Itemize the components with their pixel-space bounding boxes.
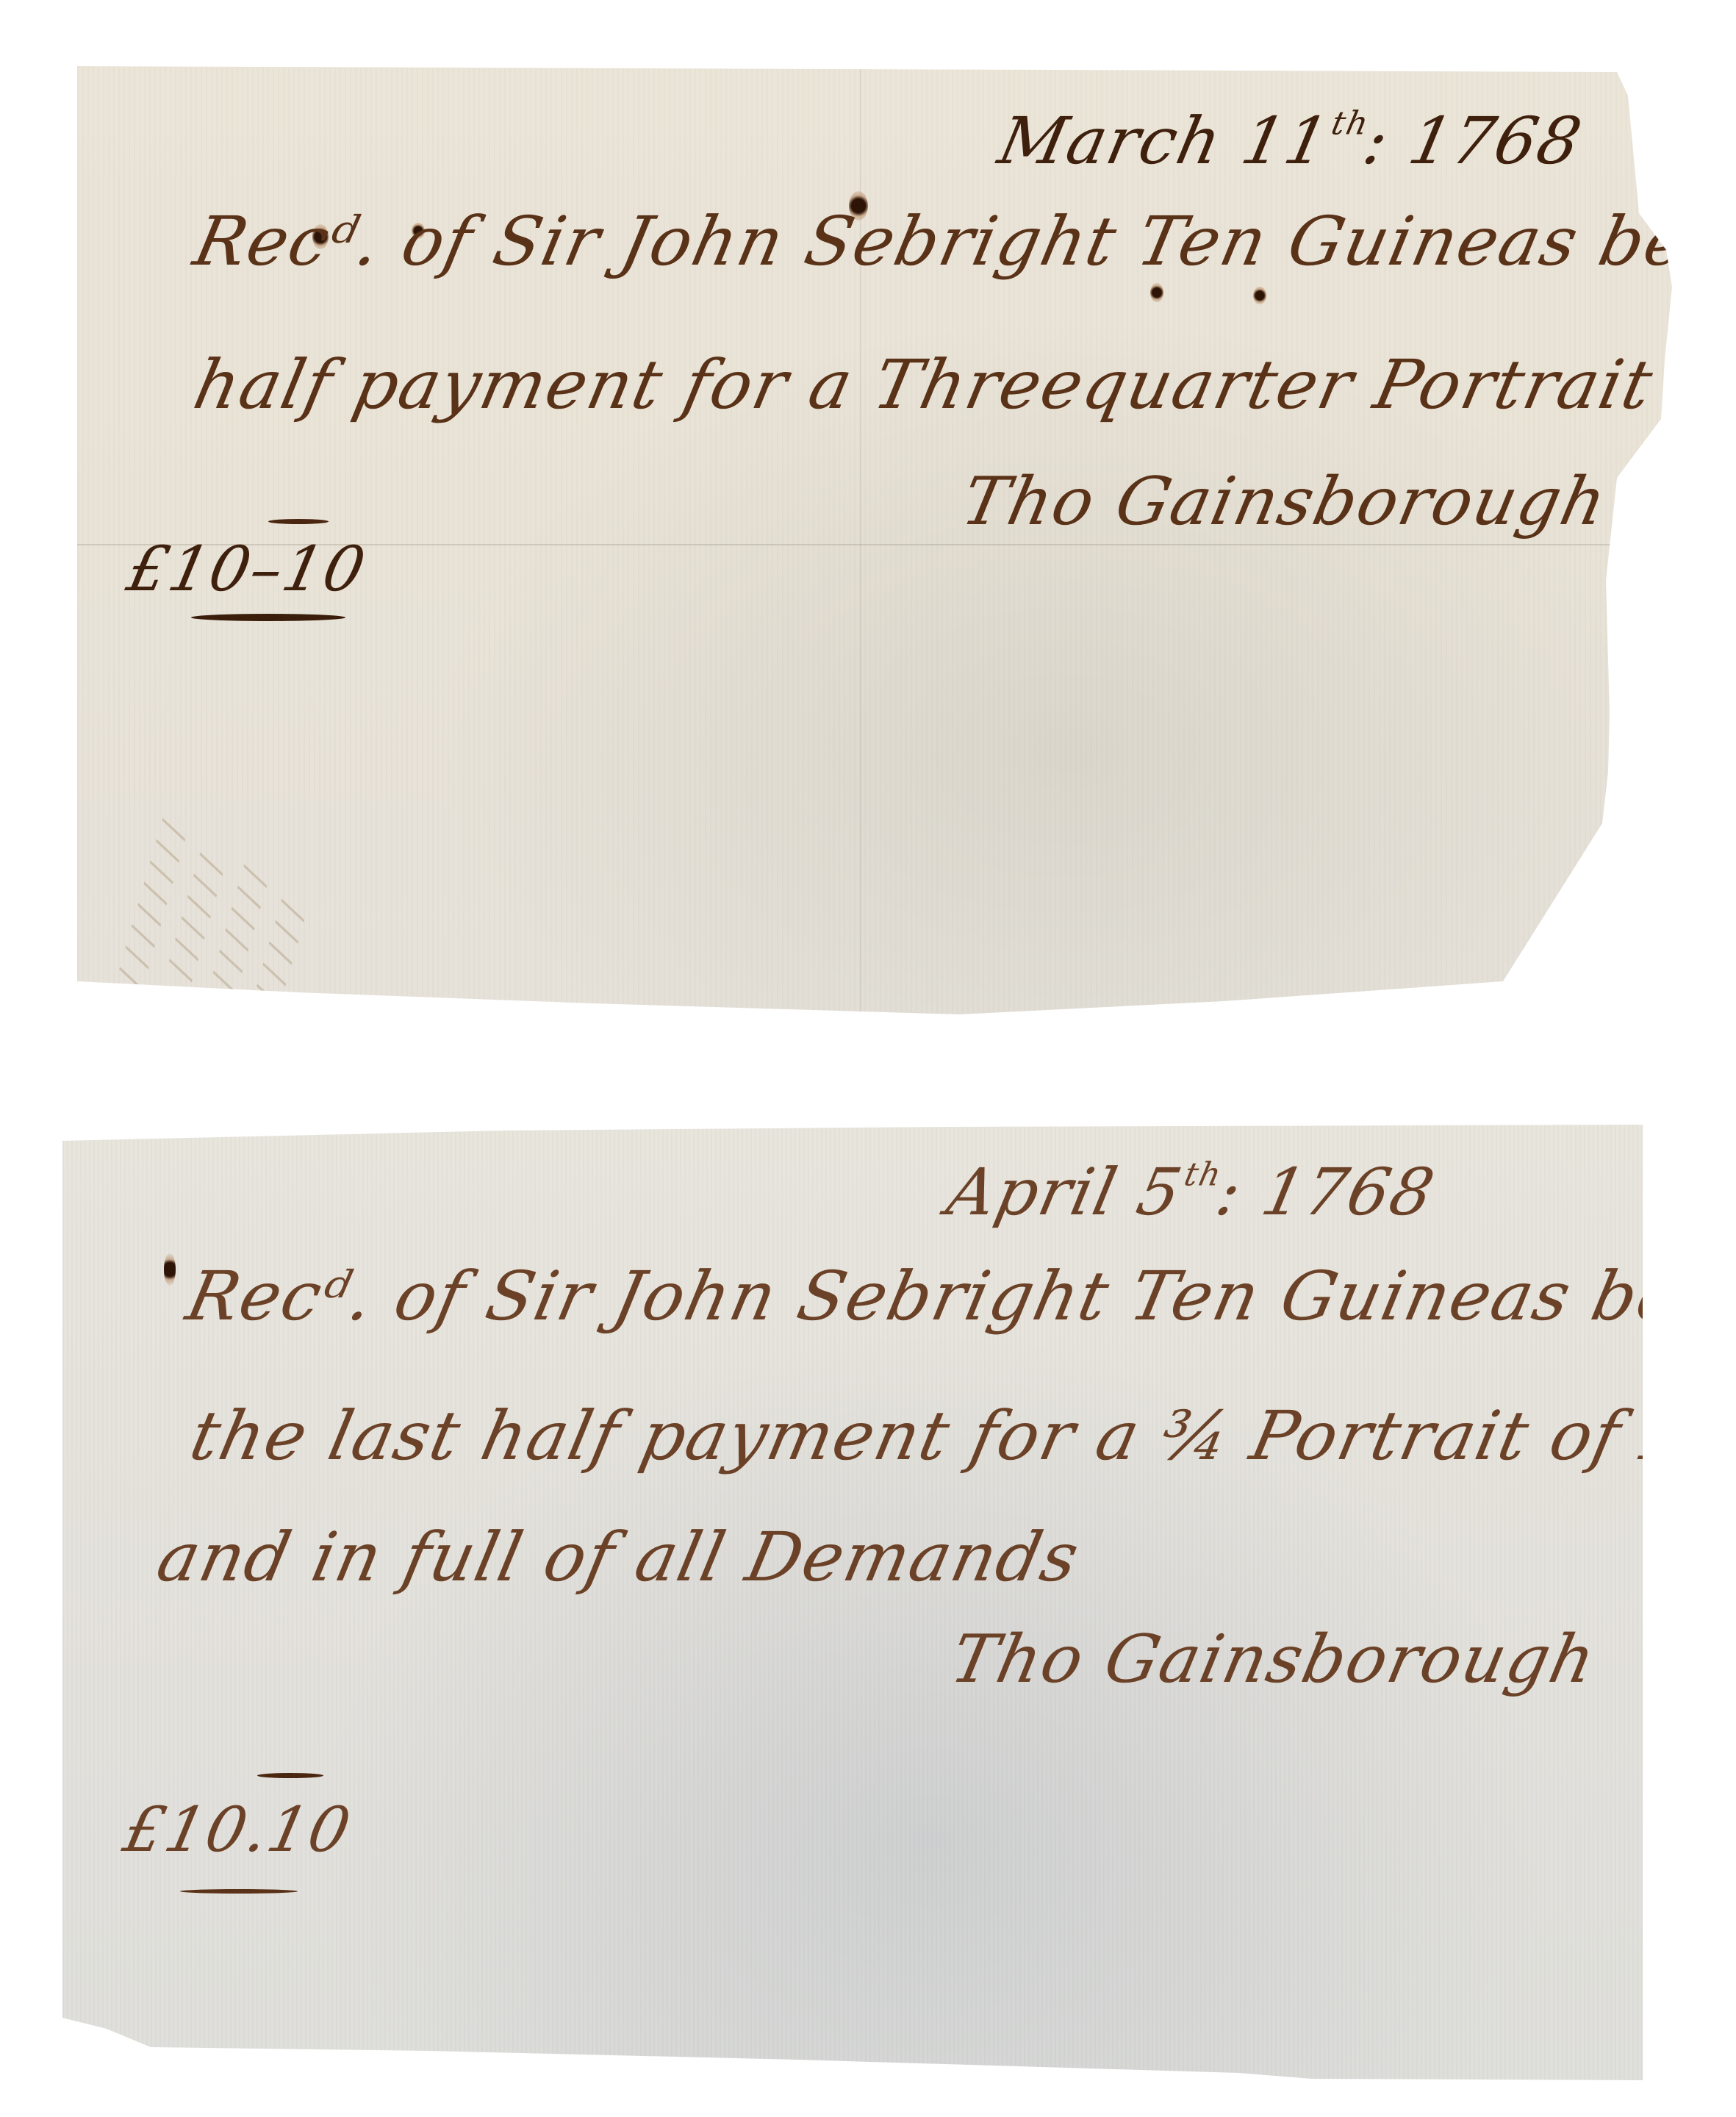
receipt-amount: £10.10: [118, 1794, 358, 1866]
receipt-body-line: Recᵈ. of Sir John Sebright Ten Guineas b…: [187, 202, 1736, 281]
show-through-writing: / / / / / / / / / / / / / / / / / / / / …: [107, 817, 328, 1028]
receipt-date: April 5th: 1768: [941, 1154, 1442, 1230]
ink-blot: [164, 1253, 176, 1286]
ink-blot: [1150, 283, 1163, 302]
date-month-day: April 5: [941, 1154, 1189, 1230]
amount-overline: [268, 519, 329, 524]
receipt-2: April 5th: 1768 Recᵈ. of Sir John Sebrig…: [62, 1125, 1643, 2080]
receipt-body-line: and in full of all Demands: [151, 1518, 1087, 1597]
amount-underline: [191, 614, 345, 621]
amount-overline: [257, 1773, 323, 1778]
date-year: 1768: [1402, 103, 1589, 179]
date-year: 1768: [1255, 1154, 1442, 1230]
amount-underline: [180, 1889, 298, 1894]
receipt-body-line: Recᵈ. of Sir John Sebright Ten Guineas b…: [180, 1257, 1736, 1336]
ink-blot: [1253, 287, 1266, 304]
receipt-body-line: the last half payment for a ¾ Portrait o…: [184, 1397, 1736, 1475]
receipt-signature: Tho Gainsborough: [944, 1621, 1603, 1698]
receipt-signature: Tho Gainsborough: [955, 463, 1614, 540]
receipt-1: / / / / / / / / / / / / / / / / / / / / …: [77, 66, 1672, 1016]
receipt-body-line: half payment for a Threequarter Portrait: [187, 345, 1660, 424]
receipt-amount: £10–10: [121, 533, 373, 605]
date-month-day: March 11: [992, 103, 1336, 179]
receipt-date: March 11th: 1768: [992, 103, 1589, 179]
